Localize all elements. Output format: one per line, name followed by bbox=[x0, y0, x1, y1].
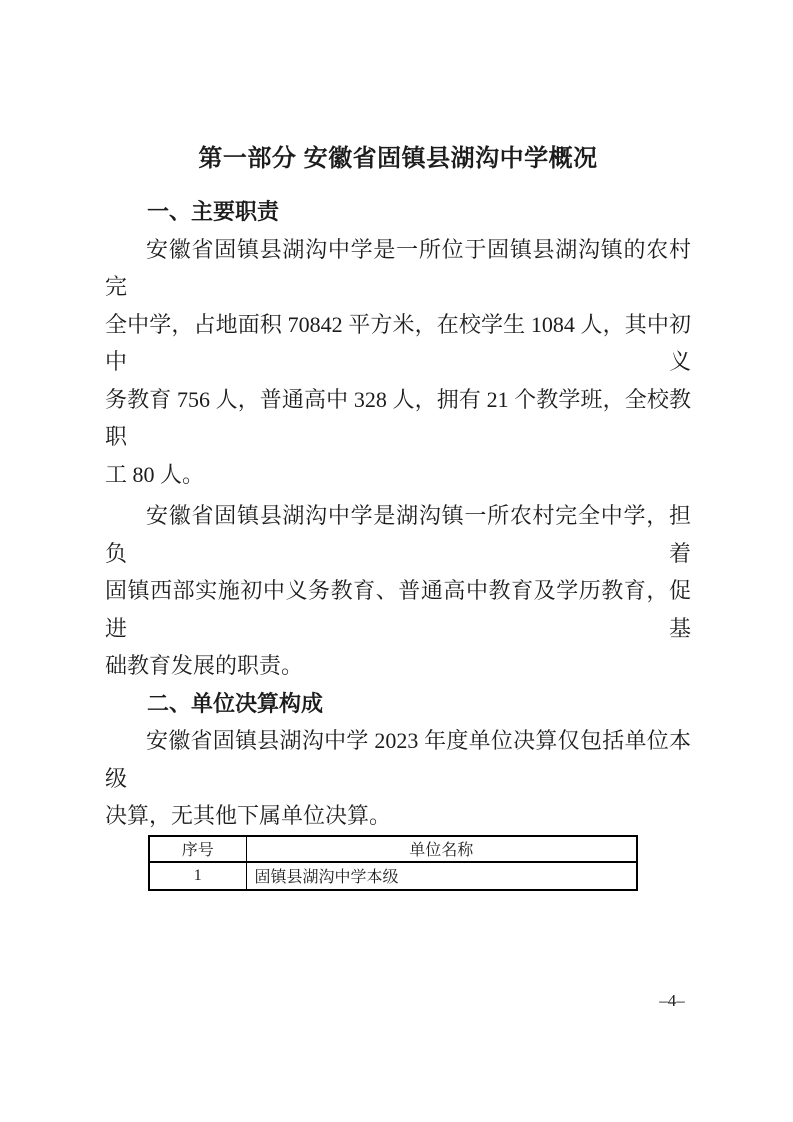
paragraph-line: 安徽省固镇县湖沟中学 2023 年度单位决算仅包括单位本级 bbox=[105, 722, 691, 797]
section-heading-1: 一、主要职责 bbox=[105, 193, 691, 231]
units-table-header-row: 序号 单位名称 bbox=[149, 836, 637, 862]
page-title: 第一部分 安徽省固镇县湖沟中学概况 bbox=[105, 143, 691, 175]
units-table: 序号 单位名称 1 固镇县湖沟中学本级 bbox=[148, 835, 638, 891]
paragraph-line: 决算，无其他下属单位决算。 bbox=[105, 797, 691, 835]
paragraph-line: 工 80 人。 bbox=[105, 456, 691, 494]
page-title-suffix: 概况 bbox=[549, 146, 598, 172]
paragraph-line: 础教育发展的职责。 bbox=[105, 647, 691, 685]
paragraph-2: 安徽省固镇县湖沟中学是湖沟镇一所农村完全中学，担负着 固镇西部实施初中义务教育、… bbox=[105, 497, 691, 685]
document-content: 第一部分 安徽省固镇县湖沟中学概况 一、主要职责 安徽省固镇县湖沟中学是一所位于… bbox=[105, 143, 691, 891]
units-table-row: 1 固镇县湖沟中学本级 bbox=[149, 862, 637, 890]
units-table-cell-seq: 1 bbox=[149, 862, 246, 890]
paragraph-line: 固镇西部实施初中义务教育、普通高中教育及学历教育，促进基 bbox=[105, 572, 691, 647]
paragraph-line: 全中学，占地面积 70842 平方米，在校学生 1084 人，其中初中义 bbox=[105, 306, 691, 381]
paragraph-line: 安徽省固镇县湖沟中学是一所位于固镇县湖沟镇的农村完 bbox=[105, 231, 691, 306]
section-heading-2: 二、单位决算构成 bbox=[105, 685, 691, 723]
page-number: –4– bbox=[650, 991, 694, 1011]
document-page: 第一部分 安徽省固镇县湖沟中学概况 一、主要职责 安徽省固镇县湖沟中学是一所位于… bbox=[0, 0, 793, 1122]
units-table-cell-name: 固镇县湖沟中学本级 bbox=[246, 862, 637, 890]
units-table-header-seq: 序号 bbox=[149, 836, 246, 862]
paragraph-3: 安徽省固镇县湖沟中学 2023 年度单位决算仅包括单位本级 决算，无其他下属单位… bbox=[105, 722, 691, 835]
paragraph-1: 安徽省固镇县湖沟中学是一所位于固镇县湖沟镇的农村完 全中学，占地面积 70842… bbox=[105, 231, 691, 494]
paragraph-line: 务教育 756 人，普通高中 328 人，拥有 21 个教学班，全校教职 bbox=[105, 381, 691, 456]
paragraph-line: 安徽省固镇县湖沟中学是湖沟镇一所农村完全中学，担负着 bbox=[105, 497, 691, 572]
page-title-main: 第一部分 安徽省固镇县湖沟中学 bbox=[198, 145, 548, 172]
units-table-header-name: 单位名称 bbox=[246, 836, 637, 862]
